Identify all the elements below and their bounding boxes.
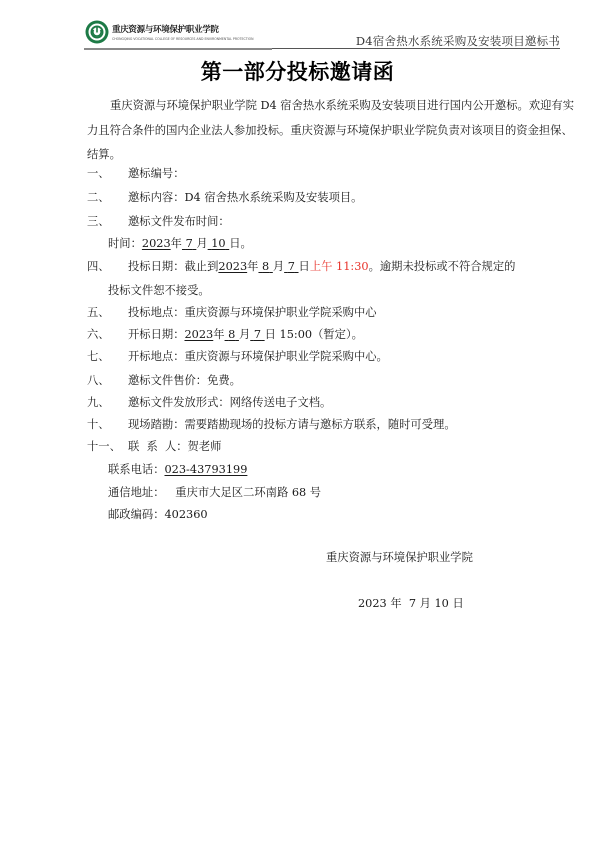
bid-deadline-note: 。逾期未投标或不符合规定的: [369, 260, 516, 273]
item-number-7: 七、: [87, 348, 110, 364]
bid-deadline-time: 上午 11:30: [310, 260, 369, 273]
org-name: 重庆资源与环境保护职业学院: [112, 23, 219, 35]
item-number-4: 四、: [87, 258, 110, 274]
day-unit: 日。: [229, 237, 252, 250]
item-number-2: 二、: [87, 189, 110, 205]
release-time-line: 时间：2023年 7 月 10 日。: [108, 235, 252, 251]
college-emblem-icon: [85, 20, 109, 44]
item-number-3: 三、: [87, 213, 110, 229]
postcode-value: 402360: [165, 508, 208, 521]
item-text-9: 邀标文件发放形式：网络传送电子文档。: [128, 394, 331, 410]
year-unit: 年: [213, 328, 224, 341]
item-number-8: 八、: [87, 372, 110, 388]
item-text-11: 联 系 人：贺老师: [128, 438, 221, 454]
opening-day: 7: [250, 328, 264, 341]
opening-month: 8: [225, 328, 239, 341]
item-number-9: 九、: [87, 394, 110, 410]
document-page: 重庆资源与环境保护职业学院 CHONGQING VOCATIONAL COLLE…: [0, 0, 595, 841]
item-number-10: 十、: [87, 416, 110, 432]
bid-deadline-label: 投标日期：截止到: [128, 260, 218, 273]
item-text-3: 邀标文件发布时间：: [128, 213, 230, 229]
item-text-5: 投标地点：重庆资源与环境保护职业学院采购中心: [128, 304, 377, 320]
day-unit: 日: [265, 328, 276, 341]
bid-deadline-day: 7: [284, 260, 298, 273]
item-text-6: 开标日期：2023年 8 月 7 日 15:00（暂定）。: [128, 326, 363, 342]
item-text-1: 邀标编号：: [128, 165, 185, 181]
org-name-english: CHONGQING VOCATIONAL COLLEGE OF RESOURCE…: [112, 37, 254, 41]
header-divider-right: [272, 48, 560, 49]
opening-year: 2023: [185, 328, 214, 341]
signature-org: 重庆资源与环境保护职业学院: [326, 549, 473, 565]
bid-deadline-year: 2023: [218, 260, 247, 273]
release-month: 7: [182, 237, 196, 250]
item-number-11: 十一、: [87, 438, 121, 454]
page-title: 第一部分投标邀请函: [0, 56, 595, 86]
day-unit: 日: [299, 260, 310, 273]
item-text-7: 开标地点：重庆资源与环境保护职业学院采购中心。: [128, 348, 388, 364]
item-text-8: 邀标文件售价：免费。: [128, 372, 241, 388]
release-day: 10: [208, 237, 230, 250]
intro-paragraph: 重庆资源与环境保护职业学院 D4 宿舍热水系统采购及安装项目进行国内公开邀标。欢…: [87, 94, 582, 168]
item-number-1: 一、: [87, 165, 110, 181]
item-number-6: 六、: [87, 326, 110, 342]
header-doc-title: D4宿舍热水系统采购及安装项目邀标书: [356, 33, 560, 49]
contact-postcode-line: 邮政编码：402360: [108, 506, 208, 522]
release-year: 2023: [142, 237, 171, 250]
item-text-10: 现场踏勘：需要踏勘现场的投标方请与邀标方联系，随时可受理。: [128, 416, 456, 432]
month-unit: 月: [273, 260, 284, 273]
phone-number[interactable]: 023-43793199: [165, 463, 248, 476]
contact-phone-line: 联系电话：023-43793199: [108, 461, 247, 477]
month-unit: 月: [196, 237, 207, 250]
year-unit: 年: [247, 260, 258, 273]
item-text-4: 投标日期：截止到2023年 8 月 7 日上午 11:30。逾期未投标或不符合规…: [128, 258, 515, 274]
header-divider-left: [84, 48, 272, 50]
year-unit: 年: [171, 237, 182, 250]
release-time-label: 时间：: [108, 237, 142, 250]
item-text-2: 邀标内容：D4 宿舍热水系统采购及安装项目。: [128, 189, 362, 205]
contact-address-line: 通信地址： 重庆市大足区二环南路 68 号: [108, 484, 321, 500]
postcode-label: 邮政编码：: [108, 508, 165, 521]
item-text-4-continuation: 投标文件恕不接受。: [108, 282, 210, 298]
address-value: 重庆市大足区二环南路 68 号: [175, 486, 321, 499]
item-number-5: 五、: [87, 304, 110, 320]
opening-date-label: 开标日期：: [128, 328, 185, 341]
signature-date: 2023 年 7 月 10 日: [358, 595, 464, 611]
bid-deadline-month: 8: [258, 260, 272, 273]
opening-time: 15:00（暂定）。: [280, 328, 363, 341]
phone-label: 联系电话：: [108, 463, 165, 476]
address-label: 通信地址：: [108, 486, 165, 499]
month-unit: 月: [239, 328, 250, 341]
